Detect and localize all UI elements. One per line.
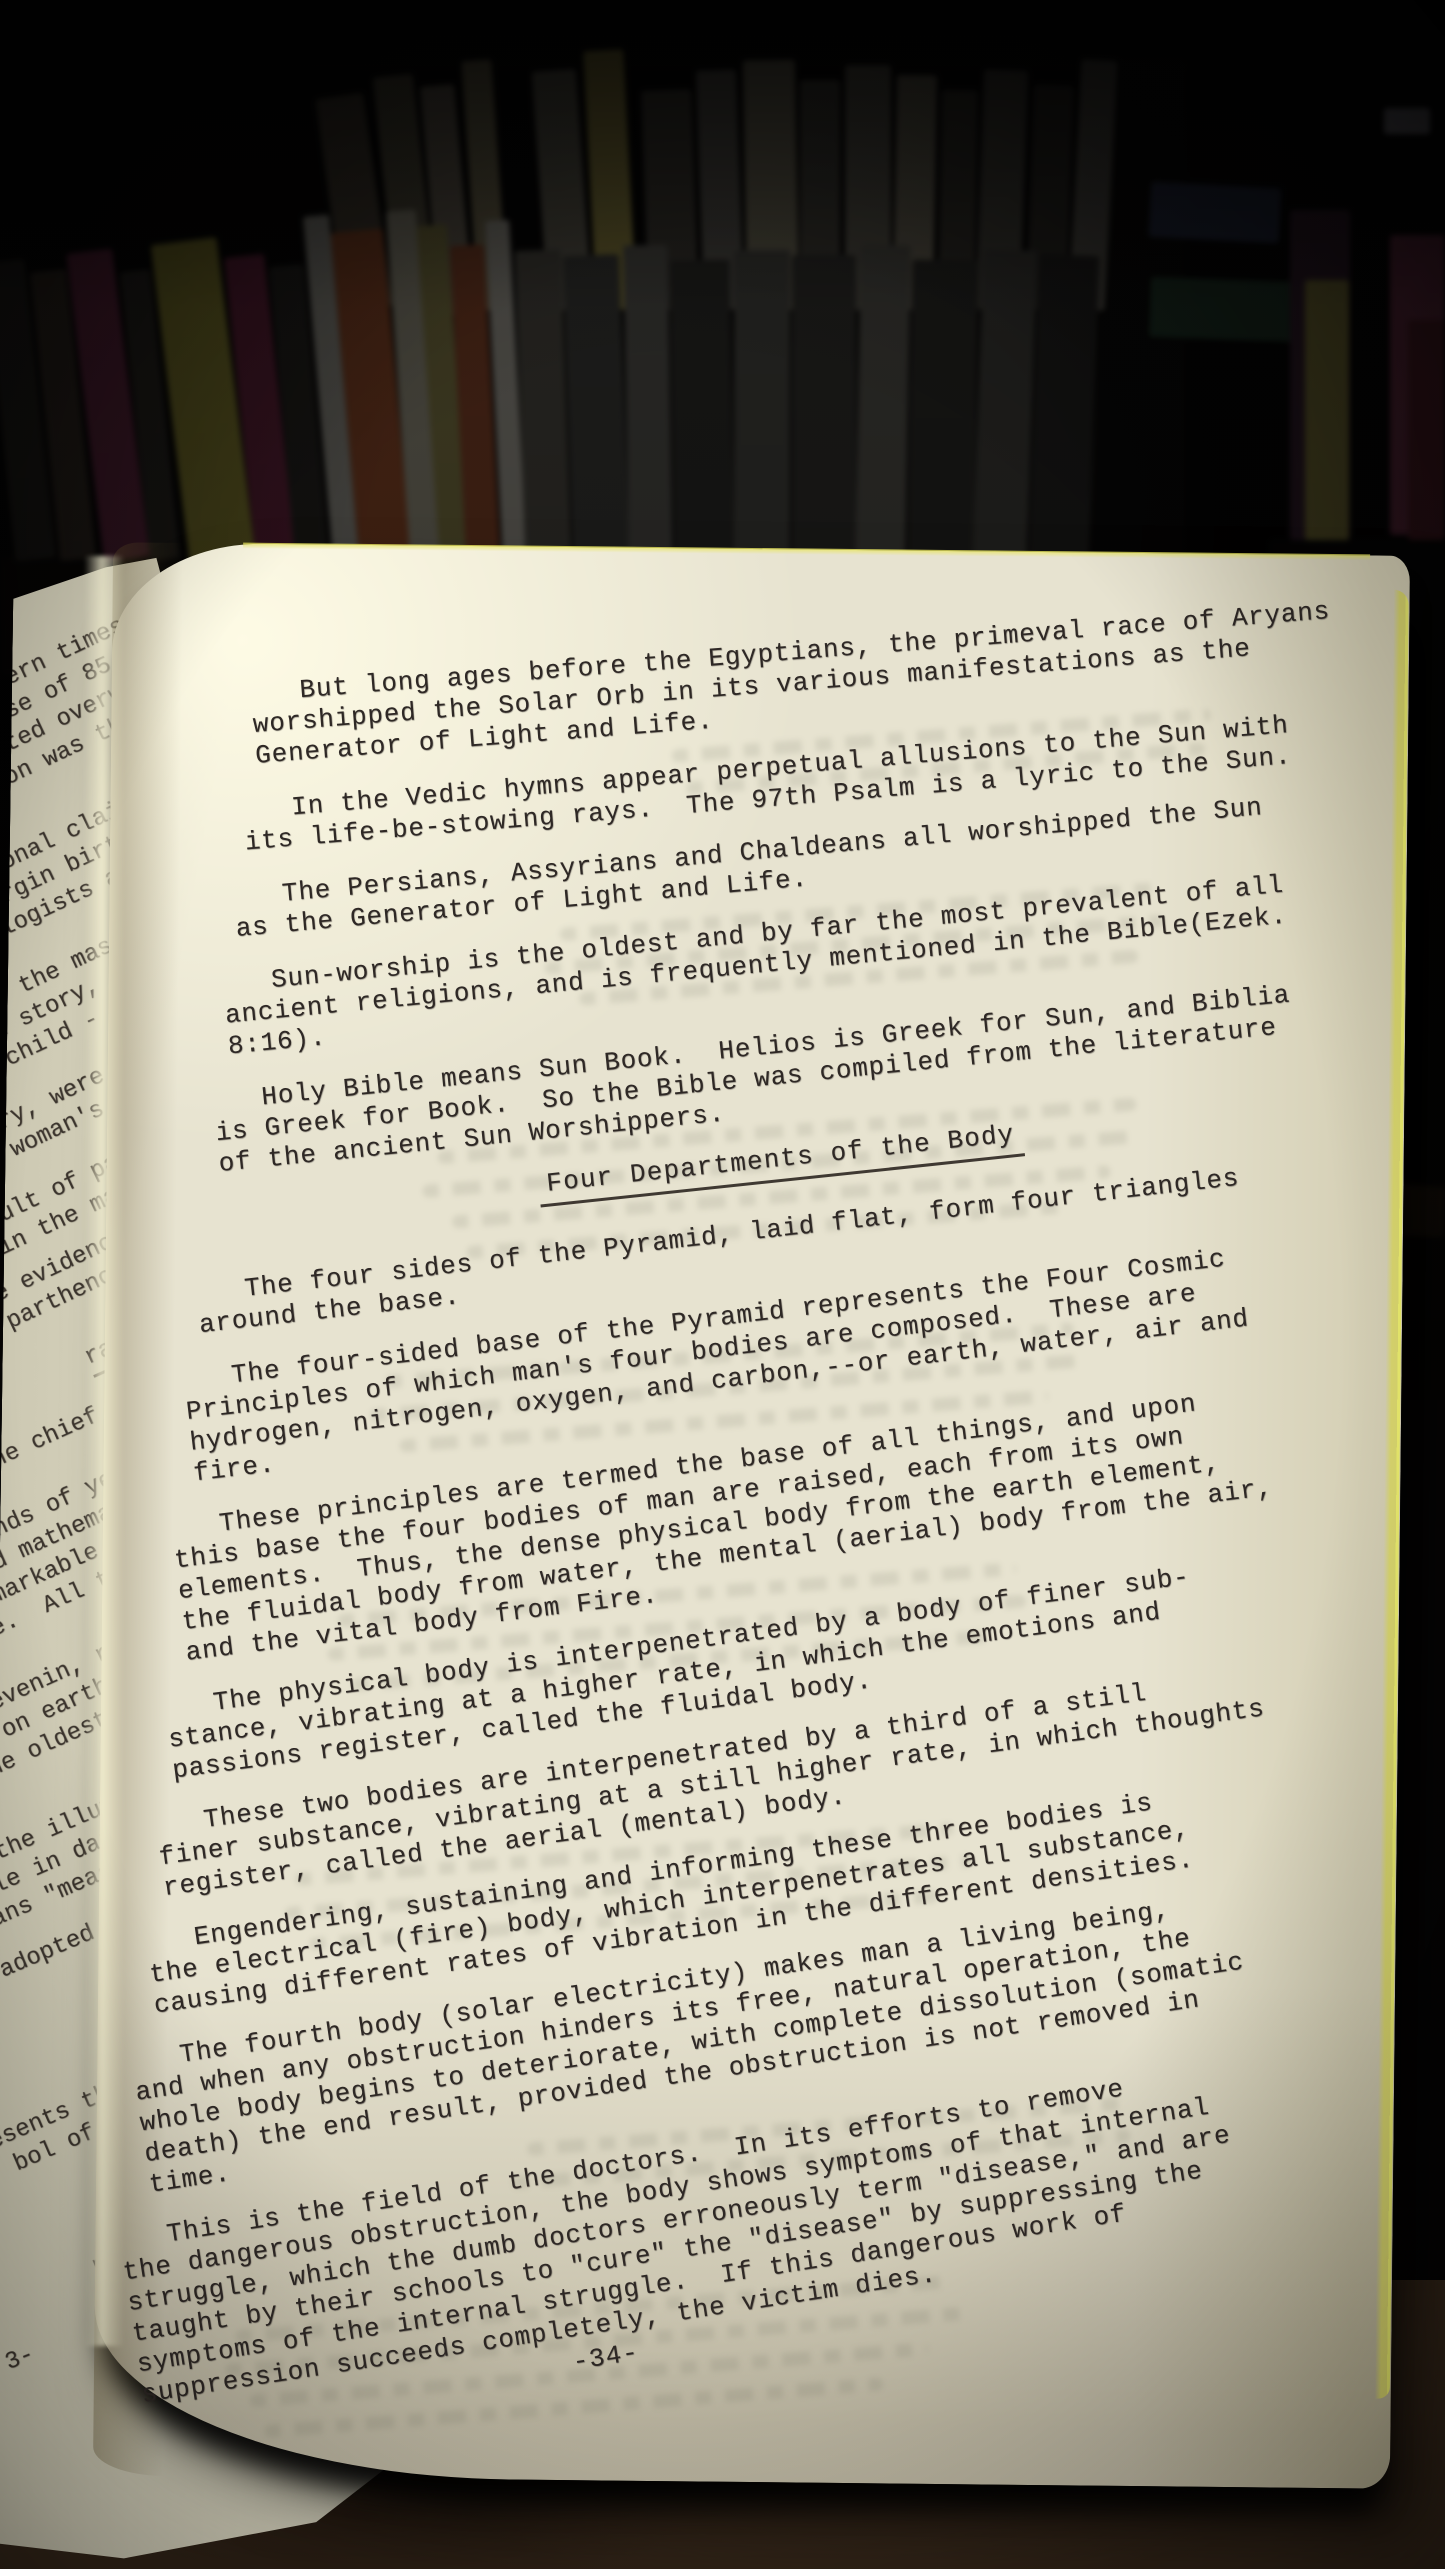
page-fore-edge: [1375, 590, 1409, 2399]
typewritten-line: 3-: [1, 2340, 39, 2378]
photo-of-open-book: n modern times wascourse of 85 lessosent…: [0, 0, 1445, 2569]
right-page-text: But long ages before the Egyptians, the …: [134, 638, 1307, 2403]
right-book-page: But long ages before the Egyptians, the …: [93, 542, 1410, 2488]
left-page-text-fragment: 3-: [1, 2340, 39, 2378]
